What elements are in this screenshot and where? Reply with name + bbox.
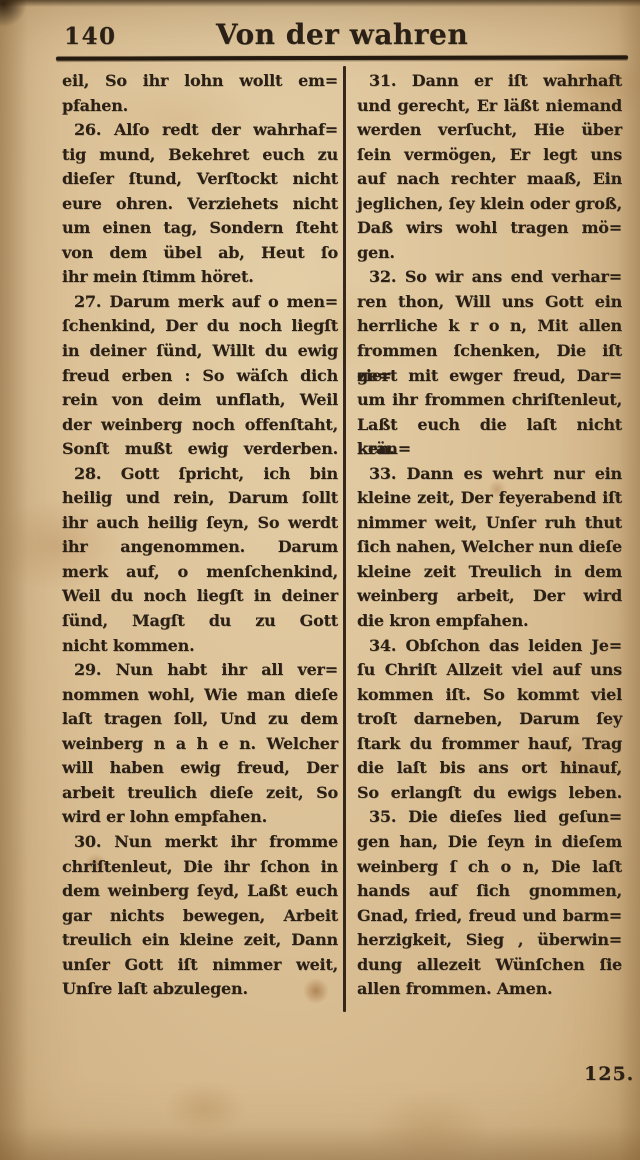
- text-line: und gerecht, Er läßt niemand: [357, 94, 622, 119]
- text-line: um einen tag, Sondern ſteht: [62, 216, 338, 241]
- text-line: gen.: [357, 241, 622, 266]
- text-line: troſt darneben, Darum ſey: [357, 707, 622, 732]
- text-line: eure ohren. Verziehets nicht: [62, 192, 338, 217]
- text-line: weinberg arbeit, Der wird: [357, 584, 622, 609]
- page-number: 140: [64, 23, 117, 50]
- text-line: freud erben : So wäſch dich: [62, 364, 338, 389]
- text-line: Laßt euch die laſt nicht krän=: [357, 413, 622, 438]
- text-line: chriſtenleut, Die ihr ſchon in: [62, 855, 338, 880]
- text-line: hands auf ſich gnommen,: [357, 879, 622, 904]
- text-line: weinberg n a h e n. Welcher: [62, 732, 338, 757]
- text-line: ziert mit ewger freud, Dar=: [357, 364, 622, 389]
- column-divider: [343, 66, 346, 1012]
- text-line: will haben ewig freud, Der: [62, 756, 338, 781]
- text-line: 30. Nun merkt ihr fromme: [62, 830, 338, 855]
- text-line: laſt tragen ſoll, Und zu dem: [62, 707, 338, 732]
- text-line: 35. Die dieſes lied geſun=: [357, 805, 622, 830]
- book-page: 140 Von der wahren eil, So ihr lohn woll…: [0, 0, 640, 1160]
- text-line: heilig und rein, Darum ſollt: [62, 486, 338, 511]
- text-line: von dem übel ab, Heut ſo: [62, 241, 338, 266]
- text-line: gen han, Die ſeyn in dieſem: [357, 830, 622, 855]
- text-line: 33. Dann es wehrt nur ein: [357, 462, 622, 487]
- text-line: dem weinberg ſeyd, Laßt euch: [62, 879, 338, 904]
- text-line: ihr mein ſtimm höret.: [62, 265, 338, 290]
- text-line: nommen wohl, Wie man dieſe: [62, 683, 338, 708]
- text-line: Gnad, fried, freud und barm=: [357, 904, 622, 929]
- text-line: ihr auch heilig ſeyn, So werdt: [62, 511, 338, 536]
- text-line: treulich ein kleine zeit, Dann: [62, 928, 338, 953]
- text-line: tig mund, Bekehret euch zu: [62, 143, 338, 168]
- text-line: kommen iſt. So kommt viel: [357, 683, 622, 708]
- text-line: frommen ſchenken, Die iſt ge=: [357, 339, 622, 364]
- text-line: unſer Gott iſt nimmer weit,: [62, 953, 338, 978]
- text-line: kleine zeit, Der feyerabend iſt: [357, 486, 622, 511]
- text-line: Weil du noch liegſt in deiner: [62, 584, 338, 609]
- text-line: 31. Dann er iſt wahrhaft: [357, 69, 622, 94]
- text-line: rein von deim unflath, Weil: [62, 388, 338, 413]
- text-line: 26. Alſo redt der wahrhaf=: [62, 118, 338, 143]
- text-line: werden verſucht, Hie über: [357, 118, 622, 143]
- text-line: ſünd, Magſt du zu Gott: [62, 609, 338, 634]
- text-line: die laſt bis ans ort hinauf,: [357, 756, 622, 781]
- text-line: ſchenkind, Der du noch liegſt: [62, 314, 338, 339]
- right-column: 31. Dann er iſt wahrhaftund gerecht, Er …: [357, 69, 622, 1002]
- running-title: Von der wahren: [216, 18, 468, 51]
- text-line: herrliche k r o n, Mit allen: [357, 314, 622, 339]
- text-line: wird er lohn empfahen.: [62, 805, 338, 830]
- text-line: Daß wirs wohl tragen mö=: [357, 216, 622, 241]
- text-line: Sonſt mußt ewig verderben.: [62, 437, 338, 462]
- text-line: die kron empfahen.: [357, 609, 622, 634]
- signature-number: 125.: [584, 1063, 634, 1085]
- text-line: 29. Nun habt ihr all ver=: [62, 658, 338, 683]
- text-line: nimmer weit, Unſer ruh thut: [357, 511, 622, 536]
- text-line: ſein vermögen, Er legt uns: [357, 143, 622, 168]
- text-line: 28. Gott ſpricht, ich bin: [62, 462, 338, 487]
- text-line: pfahen.: [62, 94, 338, 119]
- text-line: um ihr frommen chriſtenleut,: [357, 388, 622, 413]
- text-line: 32. So wir ans end verhar=: [357, 265, 622, 290]
- text-line: dieſer ſtund, Verſtockt nicht: [62, 167, 338, 192]
- text-line: auf nach rechter maaß, Ein: [357, 167, 622, 192]
- text-line: eil, So ihr lohn wollt em=: [62, 69, 338, 94]
- text-line: 27. Darum merk auf o men=: [62, 290, 338, 315]
- text-line: merk auf, o menſchenkind,: [62, 560, 338, 585]
- text-line: So erlangſt du ewigs leben.: [357, 781, 622, 806]
- text-line: ren thon, Will uns Gott ein: [357, 290, 622, 315]
- text-line: arbeit treulich dieſe zeit, So: [62, 781, 338, 806]
- text-line: jeglichen, ſey klein oder groß,: [357, 192, 622, 217]
- text-line: der weinberg noch offenſtaht,: [62, 413, 338, 438]
- text-line: ihr angenommen. Darum: [62, 535, 338, 560]
- text-line: Unſre laſt abzulegen.: [62, 977, 338, 1002]
- text-line: ſu Chriſt Allzeit viel auf uns: [357, 658, 622, 683]
- text-line: dung allezeit Wünſchen ſie: [357, 953, 622, 978]
- header-rule: [56, 55, 628, 60]
- text-line: gar nichts bewegen, Arbeit: [62, 904, 338, 929]
- text-line: weinberg ſ ch o n, Die laſt: [357, 855, 622, 880]
- text-line: 34. Obſchon das leiden Je=: [357, 634, 622, 659]
- left-column: eil, So ihr lohn wollt em=pfahen.26. Alſ…: [62, 69, 338, 1002]
- text-line: in deiner ſünd, Willt du ewig: [62, 339, 338, 364]
- text-line: allen frommen. Amen.: [357, 977, 622, 1002]
- text-line: herzigkeit, Sieg , überwin=: [357, 928, 622, 953]
- text-line: ſtark du frommer hauf, Trag: [357, 732, 622, 757]
- text-line: kleine zeit Treulich in dem: [357, 560, 622, 585]
- text-line: nicht kommen.: [62, 634, 338, 659]
- text-line: ſich nahen, Welcher nun dieſe: [357, 535, 622, 560]
